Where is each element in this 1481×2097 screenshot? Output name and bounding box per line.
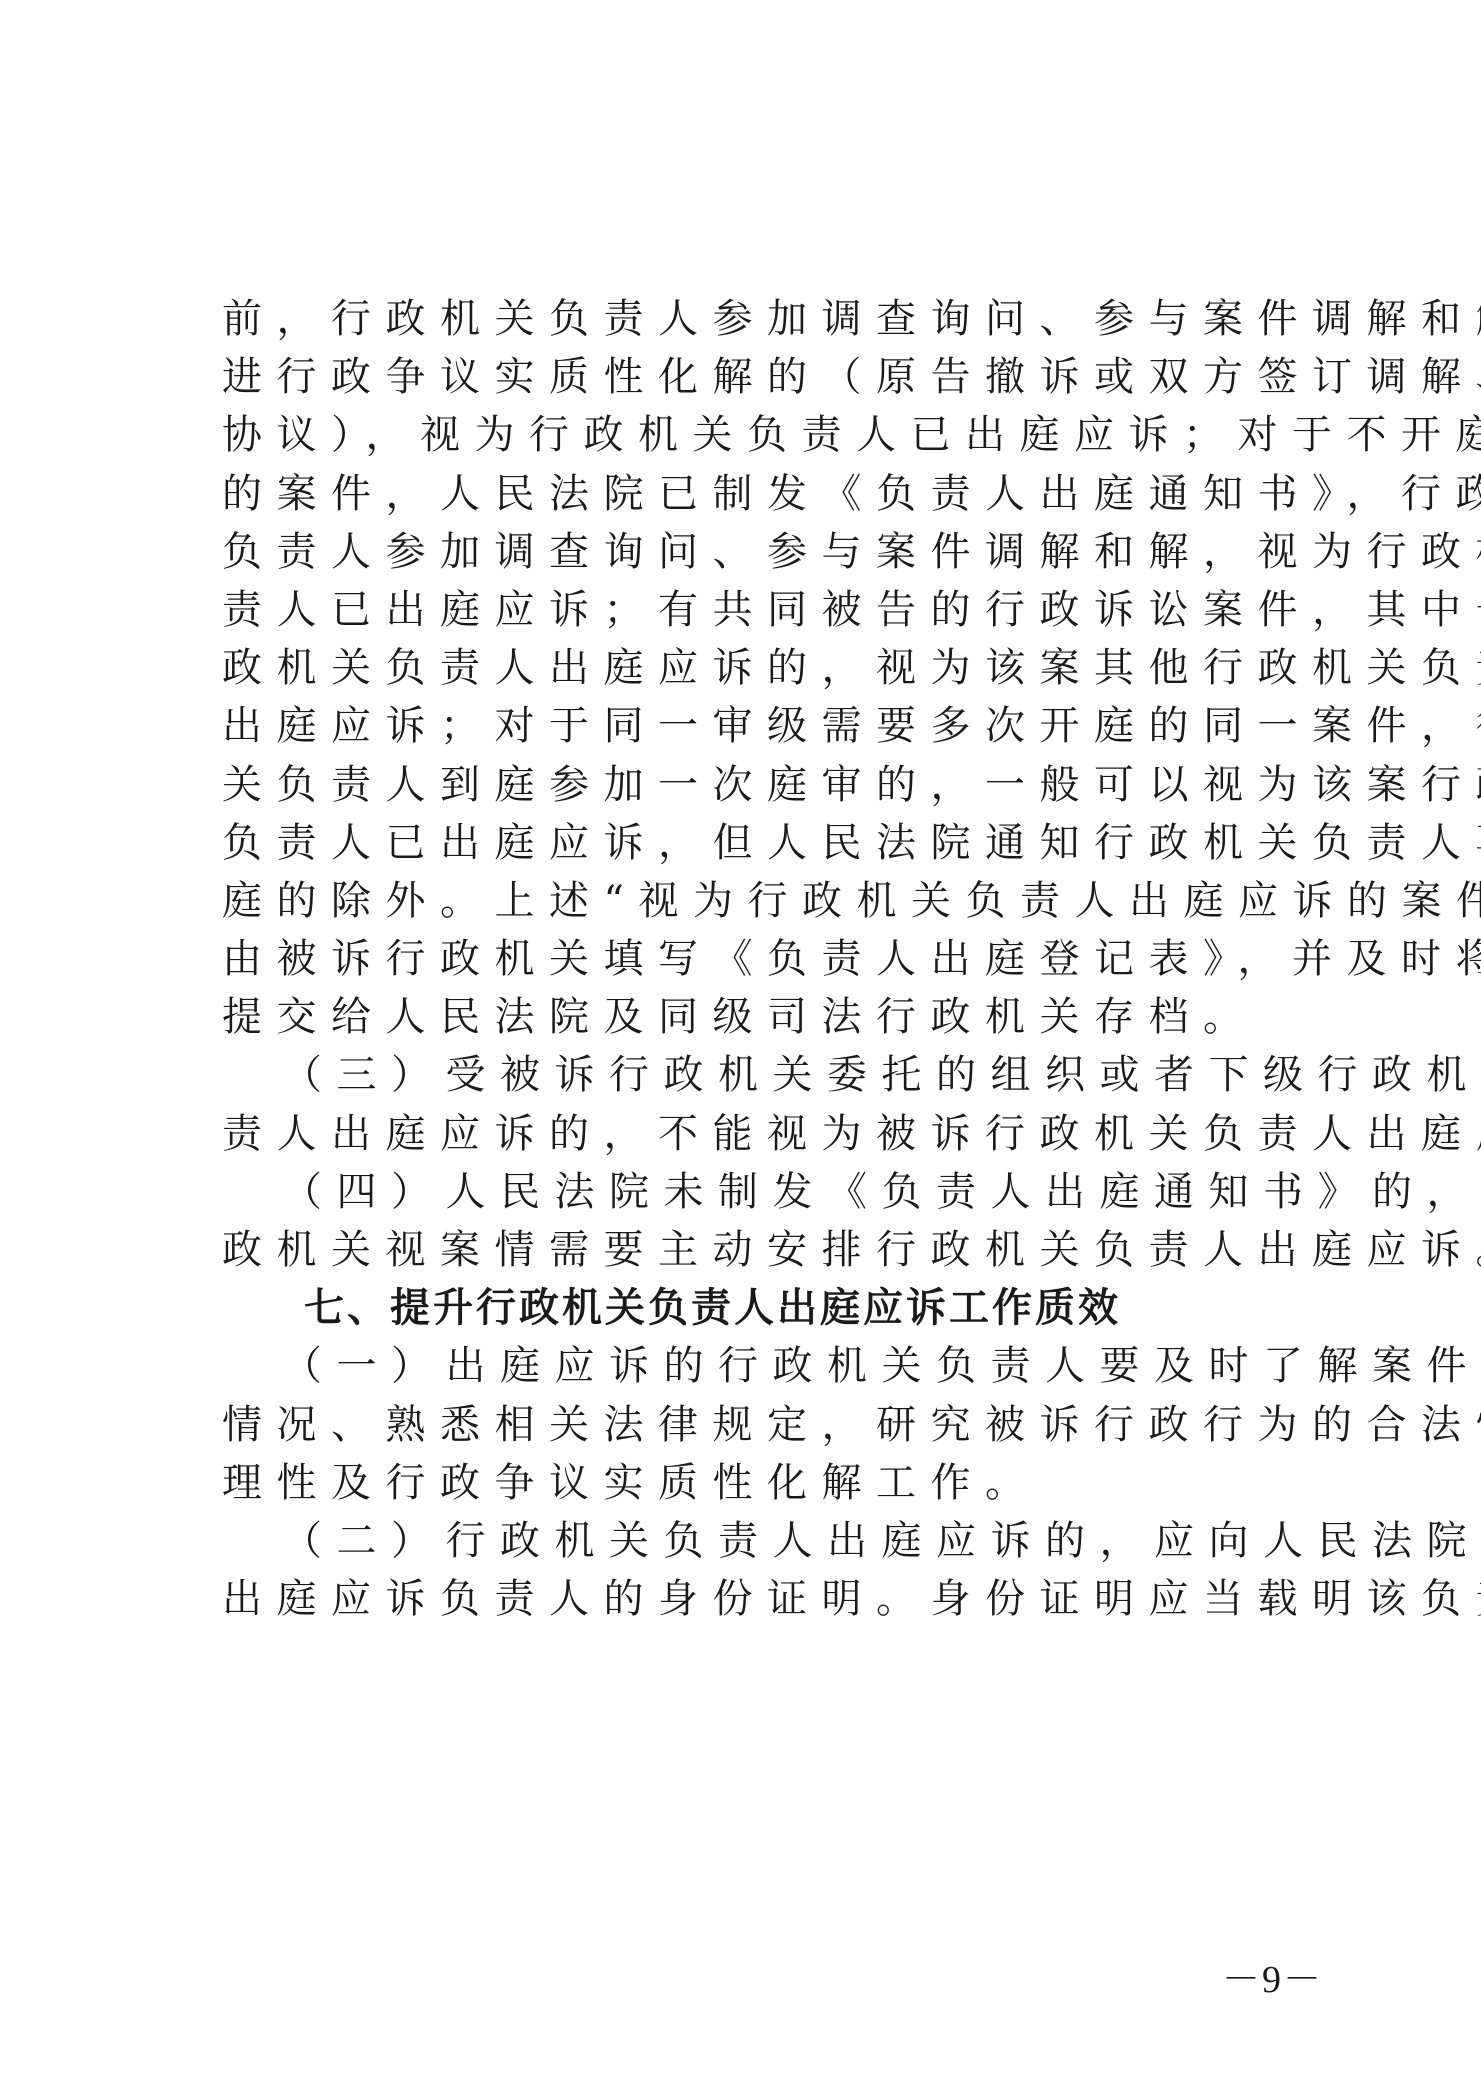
text-line: 出庭应诉；对于同一审级需要多次开庭的同一案件，行政机 [222,697,1270,755]
text-line: 政机关视案情需要主动安排行政机关负责人出庭应诉。 [222,1221,1270,1279]
text-line: 庭的除外。上述“视为行政机关负责人出庭应诉的案件”， [222,872,1270,930]
text-line: 进行政争议实质性化解的（原告撤诉或双方签订调解、和解 [222,348,1270,406]
paragraph-four-start: （四）人民法院未制发《负责人出庭通知书》的，鼓励行 [222,1163,1270,1221]
page-number: －9－ [1222,1948,1323,2003]
text-line: 协议），视为行政机关负责人已出庭应诉；对于不开庭审理 [222,406,1270,464]
text-line: 责人出庭应诉的，不能视为被诉行政机关负责人出庭应诉。 [222,1105,1270,1163]
text-line: 负责人已出庭应诉，但人民法院通知行政机关负责人再次出 [222,814,1270,872]
text-line: 情况、熟悉相关法律规定，研究被诉行政行为的合法性、合 [222,1396,1270,1454]
text-line: 的案件，人民法院已制发《负责人出庭通知书》，行政机关 [222,465,1270,523]
text-line: 由被诉行政机关填写《负责人出庭登记表》，并及时将该表 [222,930,1270,988]
text-line: 前，行政机关负责人参加调查询问、参与案件调解和解，促 [222,290,1270,348]
document-page: 前，行政机关负责人参加调查询问、参与案件调解和解，促 进行政争议实质性化解的（原… [0,0,1481,2097]
text-line: 政机关负责人出庭应诉的，视为该案其他行政机关负责人已 [222,639,1270,697]
text-line: 负责人参加调查询问、参与案件调解和解，视为行政机关负 [222,523,1270,581]
paragraph-three-start: （三）受被诉行政机关委托的组织或者下级行政机关的负 [222,1046,1270,1104]
text-line: 责人已出庭应诉；有共同被告的行政诉讼案件，其中一个行 [222,581,1270,639]
paragraph-one-start: （一）出庭应诉的行政机关负责人要及时了解案件基本 [222,1337,1270,1395]
section-heading: 七、提升行政机关负责人出庭应诉工作质效 [222,1279,1270,1337]
text-line: 出庭应诉负责人的身份证明。身份证明应当载明该负责人的 [222,1570,1270,1628]
text-line: 理性及行政争议实质性化解工作。 [222,1454,1270,1512]
text-line: 关负责人到庭参加一次庭审的，一般可以视为该案行政机关 [222,756,1270,814]
body-text: 前，行政机关负责人参加调查询问、参与案件调解和解，促 进行政争议实质性化解的（原… [222,290,1270,1628]
text-line: 提交给人民法院及同级司法行政机关存档。 [222,988,1270,1046]
paragraph-two-start: （二）行政机关负责人出庭应诉的，应向人民法院提交 [222,1512,1270,1570]
